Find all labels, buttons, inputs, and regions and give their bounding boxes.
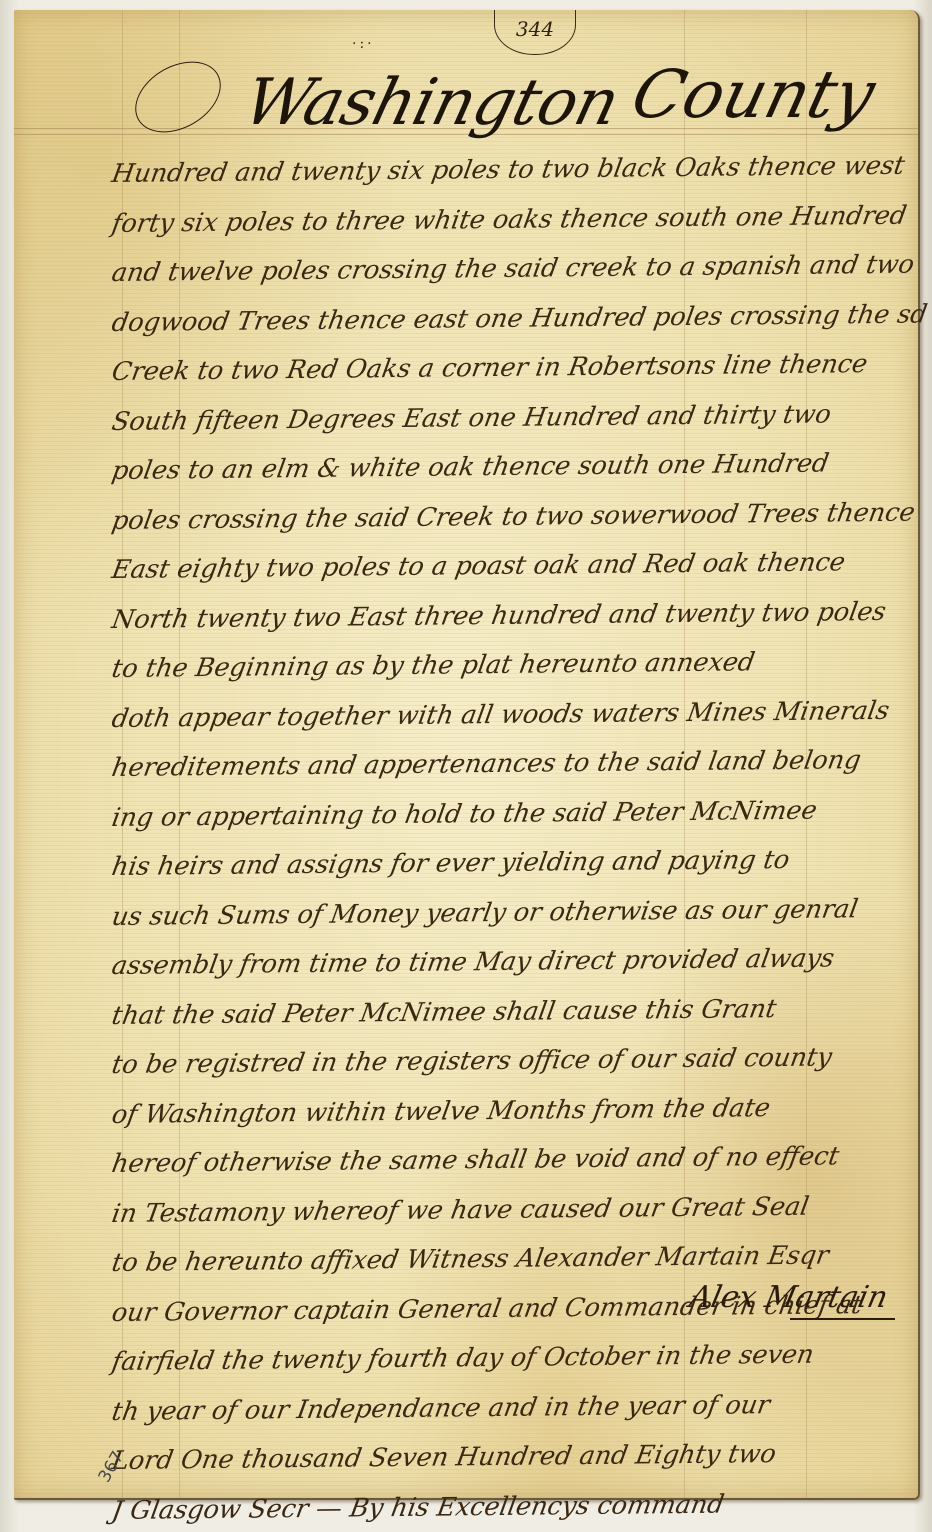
text-line: J Glasgow Secr — By his Excellencys comm… xyxy=(108,1478,908,1532)
signature: Alex Martain xyxy=(686,1280,891,1315)
text-line: poles to an elm & white oak thence south… xyxy=(108,439,908,497)
heading-word-county: County xyxy=(624,56,882,133)
text-line: to be registred in the registers office … xyxy=(108,1033,908,1091)
text-line: Creek to two Red Oaks a corner in Robert… xyxy=(108,340,908,398)
text-line: in Testamony whereof we have caused our … xyxy=(108,1181,908,1239)
text-line: Hundred and twenty six poles to two blac… xyxy=(108,142,908,200)
text-line: that the said Peter McNimee shall cause … xyxy=(108,983,908,1041)
scan-frame: ·:· 344 Washington County Hundred and tw… xyxy=(0,0,932,1532)
text-line: doth appear together with all woods wate… xyxy=(108,686,908,744)
text-line: us such Sums of Money yearly or otherwis… xyxy=(108,884,908,942)
text-line: Lord One thousand Seven Hundred and Eigh… xyxy=(108,1429,908,1487)
text-line: assembly from time to time May direct pr… xyxy=(108,934,908,992)
text-line: South fifteen Degrees East one Hundred a… xyxy=(108,389,908,447)
text-line: fairfield the twenty fourth day of Octob… xyxy=(108,1330,908,1388)
text-line: East eighty two poles to a poast oak and… xyxy=(108,538,908,596)
heading-word-washington: Washington xyxy=(237,66,626,140)
text-line: hereditements and appertenances to the s… xyxy=(108,736,908,794)
text-line: forty six poles to three white oaks then… xyxy=(108,191,908,249)
text-line: th year of our Independance and in the y… xyxy=(108,1379,908,1437)
signature-underline xyxy=(790,1318,895,1320)
text-line: his heirs and assigns for ever yielding … xyxy=(108,835,908,893)
flourish-ornament xyxy=(123,47,234,147)
text-line: ing or appertaining to hold to the said … xyxy=(108,785,908,843)
text-line: poles crossing the said Creek to two sow… xyxy=(108,488,908,546)
text-line: of Washington within twelve Months from … xyxy=(108,1082,908,1140)
text-line: North twenty two East three hundred and … xyxy=(108,587,908,645)
text-line: hereof otherwise the same shall be void … xyxy=(108,1132,908,1190)
manuscript-body: Hundred and twenty six poles to two blac… xyxy=(112,150,902,1532)
text-line: to the Beginning as by the plat hereunto… xyxy=(108,637,908,695)
text-line: dogwood Trees thence east one Hundred po… xyxy=(108,290,908,348)
text-line: and twelve poles crossing the said creek… xyxy=(108,241,908,299)
page-heading: Washington County xyxy=(14,46,918,146)
